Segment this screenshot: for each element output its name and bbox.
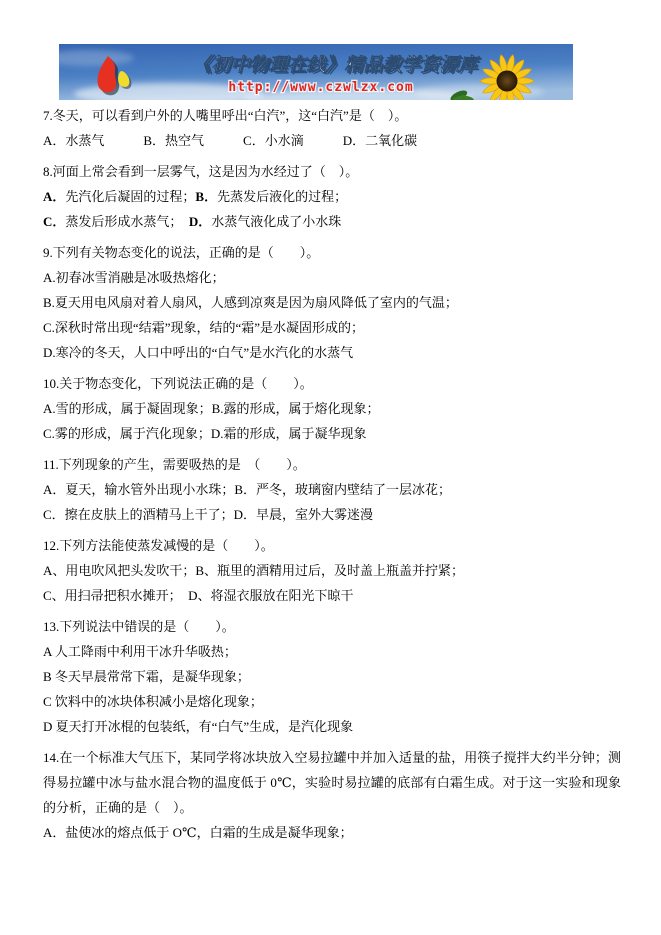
question-line: 7.冬天，可以看到户外的人嘴里呼出“白汽”，这“白汽”是（ ）。 (43, 103, 621, 128)
option-letter: A． (43, 189, 65, 204)
question-line: A.雪的形成，属于凝固现象；B.露的形成，属于熔化现象； (43, 396, 621, 421)
question-line: C.深秋时常出现“结霜”现象，结的“霜”是水凝固形成的； (43, 315, 621, 340)
question-line: A．水蒸气 B．热空气 C．小水滴 D．二氧化碳 (43, 128, 621, 153)
line-text: A．夏天，输水管外出现小水珠；B．严冬，玻璃窗内壁结了一层冰花； (43, 482, 451, 497)
question-line: C 饮料中的冰块体积减小是熔化现象； (43, 689, 621, 714)
question-line: C.雾的形成，属于汽化现象；D.霜的形成，属于凝华现象 (43, 421, 621, 446)
line-text: C.深秋时常出现“结霜”现象，结的“霜”是水凝固形成的； (43, 320, 364, 335)
question-line: A 人工降雨中利用干冰升华吸热； (43, 639, 621, 664)
line-text: 7.冬天，可以看到户外的人嘴里呼出“白汽”，这“白汽”是（ ）。 (43, 108, 407, 123)
line-text: 蒸发后形成水蒸气； (65, 214, 189, 229)
line-text: 12.下列方法能使蒸发减慢的是（ ）。 (43, 538, 274, 553)
question-line: C．擦在皮肤上的酒精马上干了；D．早晨，室外大雾迷漫 (43, 502, 621, 527)
line-text: 11.下列现象的产生，需要吸热的是 （ ）。 (43, 457, 306, 472)
question-8: 8.河面上常会看到一层雾气，这是因为水经过了（ ）。A．先汽化后凝固的过程；B．… (43, 159, 621, 234)
line-text: 10.关于物态变化，下列说法正确的是（ ）。 (43, 376, 313, 391)
question-12: 12.下列方法能使蒸发减慢的是（ ）。A、用电吹风把头发吹干；B、瓶里的酒精用过… (43, 533, 621, 608)
line-text: 13.下列说法中错误的是（ ）。 (43, 619, 235, 634)
question-line: D 夏天打开冰棍的包装纸，有“白气”生成，是汽化现象 (43, 714, 621, 739)
question-14: 14.在一个标准大气压下，某同学将冰块放入空易拉罐中并加入适量的盐，用筷子搅拌大… (43, 745, 621, 845)
question-11: 11.下列现象的产生，需要吸热的是 （ ）。A．夏天，输水管外出现小水珠；B．严… (43, 452, 621, 527)
question-9: 9.下列有关物态变化的说法，正确的是（ ）。A.初春冰雪消融是冰吸热熔化；B.夏… (43, 240, 621, 365)
question-line: D.寒冷的冬天，人口中呼出的“白气”是水汽化的水蒸气 (43, 340, 621, 365)
question-line: 13.下列说法中错误的是（ ）。 (43, 614, 621, 639)
banner-title: 《初中物理在线》精品教学资源库 (192, 54, 481, 76)
line-text: A、用电吹风把头发吹干；B、瓶里的酒精用过后，及时盖上瓶盖并拧紧； (43, 563, 464, 578)
line-text: C、用扫帚把积水摊开； D、将湿衣服放在阳光下晾干 (43, 588, 354, 603)
question-line: C、用扫帚把积水摊开； D、将湿衣服放在阳光下晾干 (43, 583, 621, 608)
line-text: A．水蒸气 B．热空气 C．小水滴 D．二氧化碳 (43, 133, 417, 148)
line-text: D 夏天打开冰棍的包装纸，有“白气”生成，是汽化现象 (43, 719, 353, 734)
question-line: 12.下列方法能使蒸发减慢的是（ ）。 (43, 533, 621, 558)
line-text: C.雾的形成，属于汽化现象；D.霜的形成，属于凝华现象 (43, 426, 367, 441)
line-text: 8.河面上常会看到一层雾气，这是因为水经过了（ ）。 (43, 164, 358, 179)
line-text: A．盐使冰的熔点低于 O℃，白霜的生成是凝华现象； (43, 825, 353, 840)
option-letter: D． (189, 214, 211, 229)
line-text: 14.在一个标准大气压下，某同学将冰块放入空易拉罐中并加入适量的盐，用筷子搅拌大… (43, 750, 621, 815)
banner-url: http://www.czwlzx.com (228, 80, 413, 95)
question-line: 11.下列现象的产生，需要吸热的是 （ ）。 (43, 452, 621, 477)
question-line: 8.河面上常会看到一层雾气，这是因为水经过了（ ）。 (43, 159, 621, 184)
question-13: 13.下列说法中错误的是（ ）。A 人工降雨中利用干冰升华吸热；B 冬天早晨常常… (43, 614, 621, 739)
line-text: A.初春冰雪消融是冰吸热熔化； (43, 270, 225, 285)
line-text: A 人工降雨中利用干冰升华吸热； (43, 644, 237, 659)
line-text: 水蒸气液化成了小水珠 (211, 214, 341, 229)
question-line: 14.在一个标准大气压下，某同学将冰块放入空易拉罐中并加入适量的盐，用筷子搅拌大… (43, 745, 621, 820)
question-7: 7.冬天，可以看到户外的人嘴里呼出“白汽”，这“白汽”是（ ）。A．水蒸气 B．… (43, 103, 621, 153)
option-letter: B． (195, 189, 217, 204)
question-line: A．先汽化后凝固的过程；B．先蒸发后液化的过程； (43, 184, 621, 209)
banner-image: 《初中物理在线》精品教学资源库 《初中物理在线》精品教学资源库 http://w… (59, 44, 573, 100)
line-text: C 饮料中的冰块体积减小是熔化现象； (43, 694, 263, 709)
question-line: A．夏天，输水管外出现小水珠；B．严冬，玻璃窗内壁结了一层冰花； (43, 477, 621, 502)
option-letter: C． (43, 214, 65, 229)
line-text: A.雪的形成，属于凝固现象；B.露的形成，属于熔化现象； (43, 401, 380, 416)
question-line: A.初春冰雪消融是冰吸热熔化； (43, 265, 621, 290)
question-10: 10.关于物态变化，下列说法正确的是（ ）。A.雪的形成，属于凝固现象；B.露的… (43, 371, 621, 446)
line-text: 先蒸发后液化的过程； (217, 189, 347, 204)
question-line: 10.关于物态变化，下列说法正确的是（ ）。 (43, 371, 621, 396)
question-line: 9.下列有关物态变化的说法，正确的是（ ）。 (43, 240, 621, 265)
question-line: B 冬天早晨常常下霜，是凝华现象； (43, 664, 621, 689)
line-text: D.寒冷的冬天，人口中呼出的“白气”是水汽化的水蒸气 (43, 345, 353, 360)
question-line: A、用电吹风把头发吹干；B、瓶里的酒精用过后，及时盖上瓶盖并拧紧； (43, 558, 621, 583)
line-text: B 冬天早晨常常下霜，是凝华现象； (43, 669, 250, 684)
question-line: C．蒸发后形成水蒸气； D．水蒸气液化成了小水珠 (43, 209, 621, 234)
line-text: 先汽化后凝固的过程； (65, 189, 195, 204)
line-text: C．擦在皮肤上的酒精马上干了；D．早晨，室外大雾迷漫 (43, 507, 373, 522)
question-list: 7.冬天，可以看到户外的人嘴里呼出“白汽”，这“白汽”是（ ）。A．水蒸气 B．… (43, 103, 621, 851)
question-line: A．盐使冰的熔点低于 O℃，白霜的生成是凝华现象； (43, 820, 621, 845)
line-text: B.夏天用电风扇对着人扇风，人感到凉爽是因为扇风降低了室内的气温； (43, 295, 458, 310)
question-line: B.夏天用电风扇对着人扇风，人感到凉爽是因为扇风降低了室内的气温； (43, 290, 621, 315)
line-text: 9.下列有关物态变化的说法，正确的是（ ）。 (43, 245, 319, 260)
